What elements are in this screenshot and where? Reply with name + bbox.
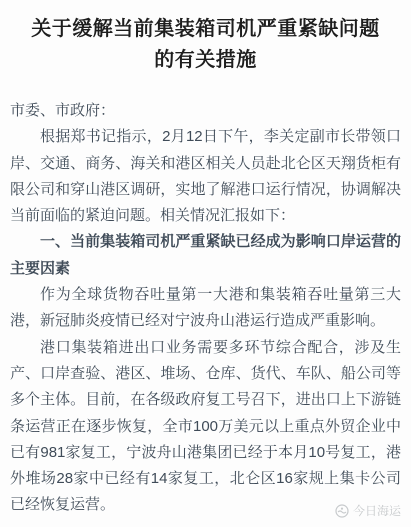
paragraph-intro: 根据郑书记指示，2月12日下午，李关定副市长带领口岸、交通、商务、海关和港区相关… bbox=[10, 124, 401, 229]
article-body: 市委、市政府： 根据郑书记指示，2月12日下午，李关定副市长带领口岸、交通、商务… bbox=[0, 98, 411, 519]
watermark: 今日海运 bbox=[335, 503, 401, 519]
today-shipping-logo-icon bbox=[335, 504, 349, 518]
paragraph-resumption-status: 港口集装箱进出口业务需要多环节综合配合，涉及生产、口岸查验、港区、堆场、仓库、货… bbox=[10, 335, 401, 519]
article-title: 关于缓解当前集装箱司机严重紧缺问题的有关措施 bbox=[22, 14, 390, 76]
article-page: 关于缓解当前集装箱司机严重紧缺问题的有关措施 市委、市政府： 根据郑书记指示，2… bbox=[0, 0, 411, 527]
section-heading-1: 一、当前集装箱司机严重紧缺已经成为影响口岸运营的主要因素 bbox=[10, 229, 401, 282]
watermark-label: 今日海运 bbox=[353, 503, 401, 519]
salutation-line: 市委、市政府： bbox=[10, 98, 401, 124]
paragraph-port-impact: 作为全球货物吞吐量第一大港和集装箱吞吐量第三大港，新冠肺炎疫情已经对宁波舟山港运… bbox=[10, 282, 401, 335]
